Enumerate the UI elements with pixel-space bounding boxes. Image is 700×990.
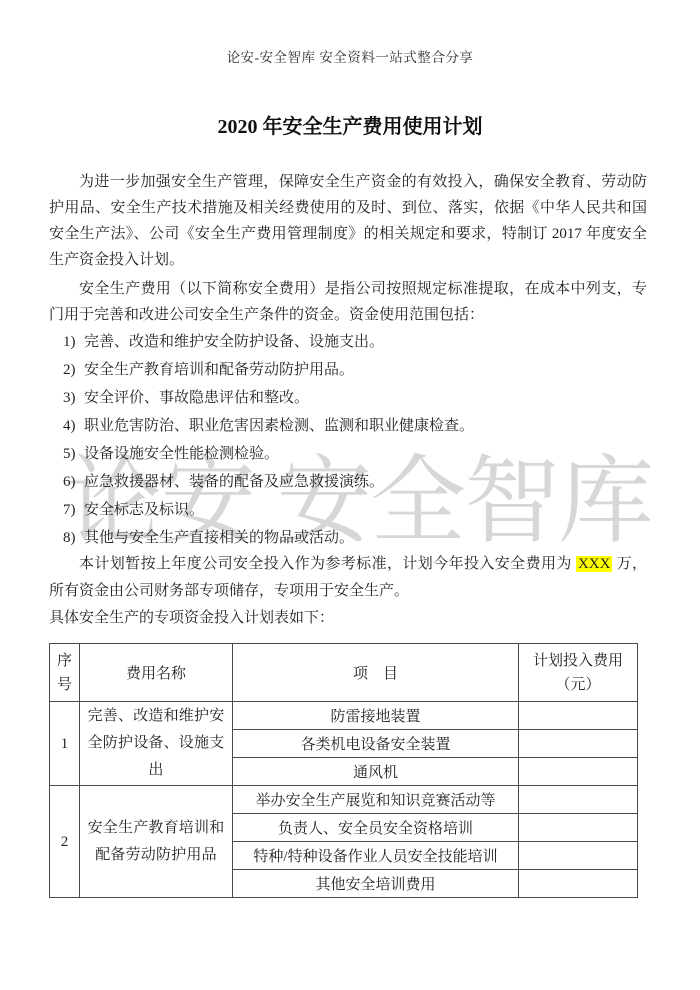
table-header-row: 序号 费用名称 项 目 计划投入费用（元） [50,644,638,702]
row-no-cell: 1 [50,702,80,786]
document-body: 为进一步加强安全生产管理，保障安全生产资金的有效投入，确保安全教育、劳动防护用品… [49,169,647,898]
item-cell: 通风机 [233,758,519,786]
list-item-number: 7) [63,498,84,523]
amount-cell [519,814,638,842]
amount-placeholder-highlight: XXX [576,556,613,572]
header-cell-item: 项 目 [233,644,519,702]
item-cell: 举办安全生产展览和知识竞赛活动等 [233,786,519,814]
list-item-number: 3) [63,386,84,411]
fee-name-cell: 安全生产教育培训和配备劳动防护用品 [80,786,233,898]
amount-cell [519,870,638,898]
list-item-text: 应急救援器材、装备的配备及应急救援演练。 [84,474,384,490]
list-item-number: 2) [63,358,84,383]
list-item: 1)完善、改造和维护安全防护设备、设施支出。 [63,330,647,355]
amount-cell [519,786,638,814]
list-item-text: 安全标志及标识。 [84,502,204,518]
header-amount-line2: （元） [555,677,600,693]
doc-title: 2020 年安全生产费用使用计划 [0,115,700,140]
header-amount-line1: 计划投入费用 [533,653,623,669]
table-row: 2 安全生产教育培训和配备劳动防护用品 举办安全生产展览和知识竞赛活动等 [50,786,638,814]
paragraph-definition: 安全生产费用（以下简称安全费用）是指公司按照规定标准提取，在成本中列支，专门用于… [49,276,647,328]
plan-text-before: 本计划暂按上年度公司安全投入作为参考标准，计划今年投入安全费用为 [79,556,576,572]
list-item: 8)其他与安全生产直接相关的物品或活动。 [63,526,647,551]
list-item-number: 8) [63,526,84,551]
header-cell-name: 费用名称 [80,644,233,702]
list-item-text: 安全生产教育培训和配备劳动防护用品。 [84,362,354,378]
list-item: 7)安全标志及标识。 [63,498,647,523]
amount-cell [519,702,638,730]
fee-plan-table: 序号 费用名称 项 目 计划投入费用（元） 1 完善、改造和维护安全防护设备、设… [49,643,638,898]
list-item: 2)安全生产教育培训和配备劳动防护用品。 [63,358,647,383]
list-item-text: 其他与安全生产直接相关的物品或活动。 [84,530,354,546]
list-item: 5)设备设施安全性能检测检验。 [63,442,647,467]
paragraph-plan-amount: 本计划暂按上年度公司安全投入作为参考标准，计划今年投入安全费用为 XXX 万，所… [49,551,647,605]
header-cell-no: 序号 [50,644,80,702]
list-item-text: 设备设施安全性能检测检验。 [84,446,279,462]
list-item-number: 1) [63,330,84,355]
list-item: 6)应急救援器材、装备的配备及应急救援演练。 [63,470,647,495]
header-cell-amount: 计划投入费用（元） [519,644,638,702]
list-item-text: 职业危害防治、职业危害因素检测、监测和职业健康检查。 [84,418,474,434]
item-cell: 特种/特种设备作业人员安全技能培训 [233,842,519,870]
list-item-text: 完善、改造和维护安全防护设备、设施支出。 [84,334,384,350]
amount-cell [519,758,638,786]
list-item-text: 安全评价、事故隐患评估和整改。 [84,390,309,406]
page-header: 论安-安全智库 安全资料一站式整合分享 [0,46,700,66]
item-cell: 其他安全培训费用 [233,870,519,898]
usage-range-list: 1)完善、改造和维护安全防护设备、设施支出。 2)安全生产教育培训和配备劳动防护… [49,330,647,551]
list-item: 4)职业危害防治、职业危害因素检测、监测和职业健康检查。 [63,414,647,439]
paragraph-intro: 为进一步加强安全生产管理，保障安全生产资金的有效投入，确保安全教育、劳动防护用品… [49,169,647,273]
row-no-cell: 2 [50,786,80,898]
list-item-number: 6) [63,470,84,495]
item-cell: 防雷接地装置 [233,702,519,730]
item-cell: 负责人、安全员安全资格培训 [233,814,519,842]
list-item: 3)安全评价、事故隐患评估和整改。 [63,386,647,411]
list-item-number: 4) [63,414,84,439]
amount-cell [519,730,638,758]
table-row: 1 完善、改造和维护安全防护设备、设施支出 防雷接地装置 [50,702,638,730]
fee-name-cell: 完善、改造和维护安全防护设备、设施支出 [80,702,233,786]
paragraph-table-lead-in: 具体安全生产的专项资金投入计划表如下： [49,605,647,632]
list-item-number: 5) [63,442,84,467]
item-cell: 各类机电设备安全装置 [233,730,519,758]
amount-cell [519,842,638,870]
